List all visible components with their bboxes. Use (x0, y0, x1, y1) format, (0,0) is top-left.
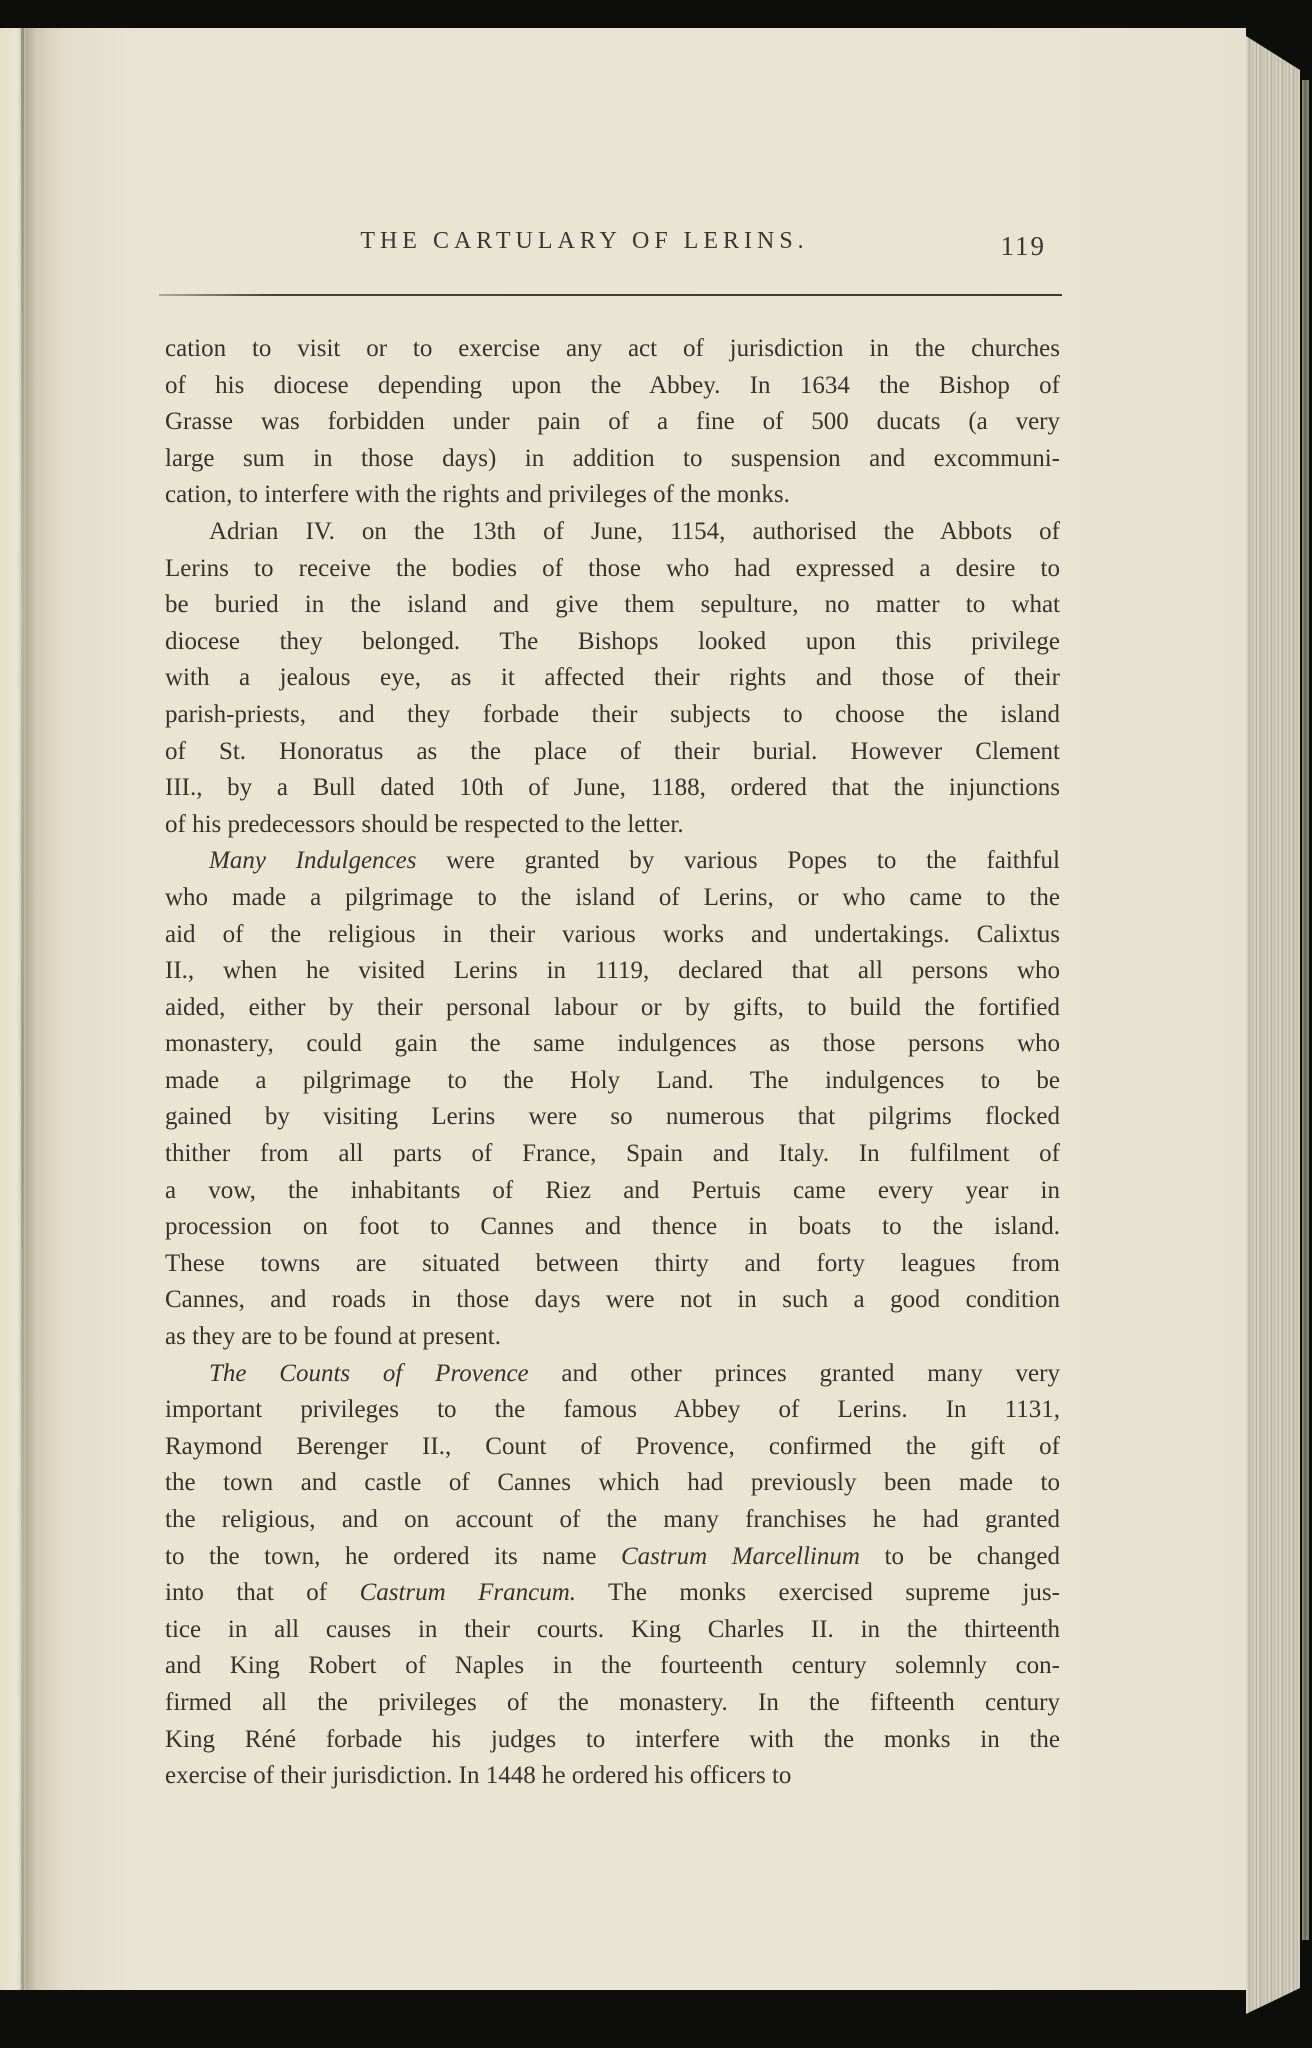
text-run: of St. Honoratus as the place of their b… (165, 738, 1060, 765)
text-line: Many Indulgences were granted by various… (165, 843, 1060, 880)
text-line: cation, to interfere with the rights and… (165, 477, 1060, 514)
text-run: made a pilgrimage to the Holy Land. The … (165, 1067, 1060, 1094)
text-run: to be changed (860, 1543, 1060, 1570)
text-line: tice in all causes in their courts. King… (165, 1612, 1060, 1649)
text-line: made a pilgrimage to the Holy Land. The … (165, 1063, 1060, 1100)
italic-text-run: Castrum Marcellinum (621, 1543, 860, 1570)
text-line: Cannes, and roads in those days were not… (165, 1282, 1060, 1319)
text-line: Adrian IV. on the 13th of June, 1154, au… (165, 514, 1060, 551)
text-line: II., when he visited Lerins in 1119, dec… (165, 953, 1060, 990)
book-fore-edge-outer (1302, 80, 1309, 1940)
header-rule (159, 294, 1062, 296)
text-run: Adrian IV. on the 13th of June, 1154, au… (209, 518, 1060, 545)
text-line: important privileges to the famous Abbey… (165, 1392, 1060, 1429)
text-run: into that of (165, 1579, 360, 1606)
text-run: These towns are situated between thirty … (165, 1250, 1060, 1277)
text-run: procession on foot to Cannes and thence … (165, 1213, 1060, 1240)
italic-text-run: The Counts of Provence (209, 1360, 529, 1387)
text-line: aided, either by their personal labour o… (165, 990, 1060, 1027)
text-line: thither from all parts of France, Spain … (165, 1136, 1060, 1173)
text-line: Lerins to receive the bodies of those wh… (165, 551, 1060, 588)
running-title: THE CARTULARY OF LERINS. (137, 228, 1032, 255)
text-run: tice in all causes in their courts. King… (165, 1616, 1060, 1643)
text-line: of his predecessors should be respected … (165, 807, 1060, 844)
text-line: aid of the religious in their various wo… (165, 917, 1060, 954)
text-run: the town and castle of Cannes which had … (165, 1469, 1060, 1496)
text-line: gained by visiting Lerins were so numero… (165, 1099, 1060, 1136)
text-line: the town and castle of Cannes which had … (165, 1465, 1060, 1502)
text-line: Raymond Berenger II., Count of Provence,… (165, 1429, 1060, 1466)
text-line: monastery, could gain the same indulgenc… (165, 1026, 1060, 1063)
page-gutter-crease (18, 28, 64, 1990)
text-run: were granted by various Popes to the fai… (416, 847, 1060, 874)
text-line: These towns are situated between thirty … (165, 1246, 1060, 1283)
text-run: to the town, he ordered its name (165, 1543, 621, 1570)
text-run: be buried in the island and give them se… (165, 591, 1060, 618)
text-line: III., by a Bull dated 10th of June, 1188… (165, 770, 1060, 807)
text-run: large sum in those days) in addition to … (165, 445, 1060, 472)
text-line: a vow, the inhabitants of Riez and Pertu… (165, 1173, 1060, 1210)
text-line: and King Robert of Naples in the fourtee… (165, 1648, 1060, 1685)
text-line: with a jealous eye, as it affected their… (165, 660, 1060, 697)
text-run: who made a pilgrimage to the island of L… (165, 884, 1060, 911)
italic-text-run: Castrum Francum. (360, 1579, 577, 1606)
text-run: The monks exercised supreme jus- (576, 1579, 1060, 1606)
text-line: into that of Castrum Francum. The monks … (165, 1575, 1060, 1612)
text-line: cation to visit or to exercise any act o… (165, 331, 1060, 368)
page-number: 119 (1001, 231, 1047, 262)
text-line: of St. Honoratus as the place of their b… (165, 734, 1060, 771)
text-line: exercise of their jurisdiction. In 1448 … (165, 1758, 1060, 1795)
text-run: important privileges to the famous Abbey… (165, 1396, 1060, 1423)
text-line: firmed all the privileges of the monaste… (165, 1685, 1060, 1722)
text-run: of his predecessors should be respected … (165, 811, 684, 838)
text-run: and King Robert of Naples in the fourtee… (165, 1652, 1060, 1679)
text-line: who made a pilgrimage to the island of L… (165, 880, 1060, 917)
text-run: III., by a Bull dated 10th of June, 1188… (165, 774, 1060, 801)
text-line: be buried in the island and give them se… (165, 587, 1060, 624)
text-run: cation, to interfere with the rights and… (165, 481, 790, 508)
text-run: aided, either by their personal labour o… (165, 994, 1060, 1021)
text-line: King Réné forbade his judges to interfer… (165, 1722, 1060, 1759)
italic-text-run: Many Indulgences (209, 847, 416, 874)
text-run: as they are to be found at present. (165, 1323, 501, 1350)
text-line: of his diocese depending upon the Abbey.… (165, 368, 1060, 405)
text-line: procession on foot to Cannes and thence … (165, 1209, 1060, 1246)
text-run: exercise of their jurisdiction. In 1448 … (165, 1762, 791, 1789)
text-run: Grasse was forbidden under pain of a fin… (165, 408, 1060, 435)
text-line: The Counts of Provence and other princes… (165, 1356, 1060, 1393)
text-run: II., when he visited Lerins in 1119, dec… (165, 957, 1060, 984)
text-run: parish-priests, and they forbade their s… (165, 701, 1060, 728)
text-line: Grasse was forbidden under pain of a fin… (165, 404, 1060, 441)
text-run: of his diocese depending upon the Abbey.… (165, 372, 1060, 399)
text-line: parish-priests, and they forbade their s… (165, 697, 1060, 734)
book-page: THE CARTULARY OF LERINS. 119 cation to v… (0, 28, 1246, 1990)
page-content: THE CARTULARY OF LERINS. 119 cation to v… (165, 28, 1060, 1990)
text-run: Cannes, and roads in those days were not… (165, 1286, 1060, 1313)
text-run: with a jealous eye, as it affected their… (165, 664, 1060, 691)
page-body: cation to visit or to exercise any act o… (165, 331, 1060, 1795)
scan-stage: THE CARTULARY OF LERINS. 119 cation to v… (0, 0, 1312, 2048)
text-line: as they are to be found at present. (165, 1319, 1060, 1356)
text-run: firmed all the privileges of the monaste… (165, 1689, 1060, 1716)
text-line: to the town, he ordered its name Castrum… (165, 1539, 1060, 1576)
text-line: the religious, and on account of the man… (165, 1502, 1060, 1539)
text-run: Raymond Berenger II., Count of Provence,… (165, 1433, 1060, 1460)
text-run: Lerins to receive the bodies of those wh… (165, 555, 1060, 582)
text-run: thither from all parts of France, Spain … (165, 1140, 1060, 1167)
text-run: gained by visiting Lerins were so numero… (165, 1103, 1060, 1130)
text-run: diocese they belonged. The Bishops looke… (165, 628, 1060, 655)
text-run: the religious, and on account of the man… (165, 1506, 1060, 1533)
text-run: aid of the religious in their various wo… (165, 921, 1060, 948)
text-line: large sum in those days) in addition to … (165, 441, 1060, 478)
book-fore-edge (1246, 36, 1300, 2014)
text-run: cation to visit or to exercise any act o… (165, 335, 1060, 362)
text-line: diocese they belonged. The Bishops looke… (165, 624, 1060, 661)
text-run: King Réné forbade his judges to interfer… (165, 1726, 1060, 1753)
text-run: a vow, the inhabitants of Riez and Pertu… (165, 1177, 1060, 1204)
page-gutter-fold-line (21, 28, 24, 1990)
text-run: and other princes granted many very (529, 1360, 1060, 1387)
text-run: monastery, could gain the same indulgenc… (165, 1030, 1060, 1057)
